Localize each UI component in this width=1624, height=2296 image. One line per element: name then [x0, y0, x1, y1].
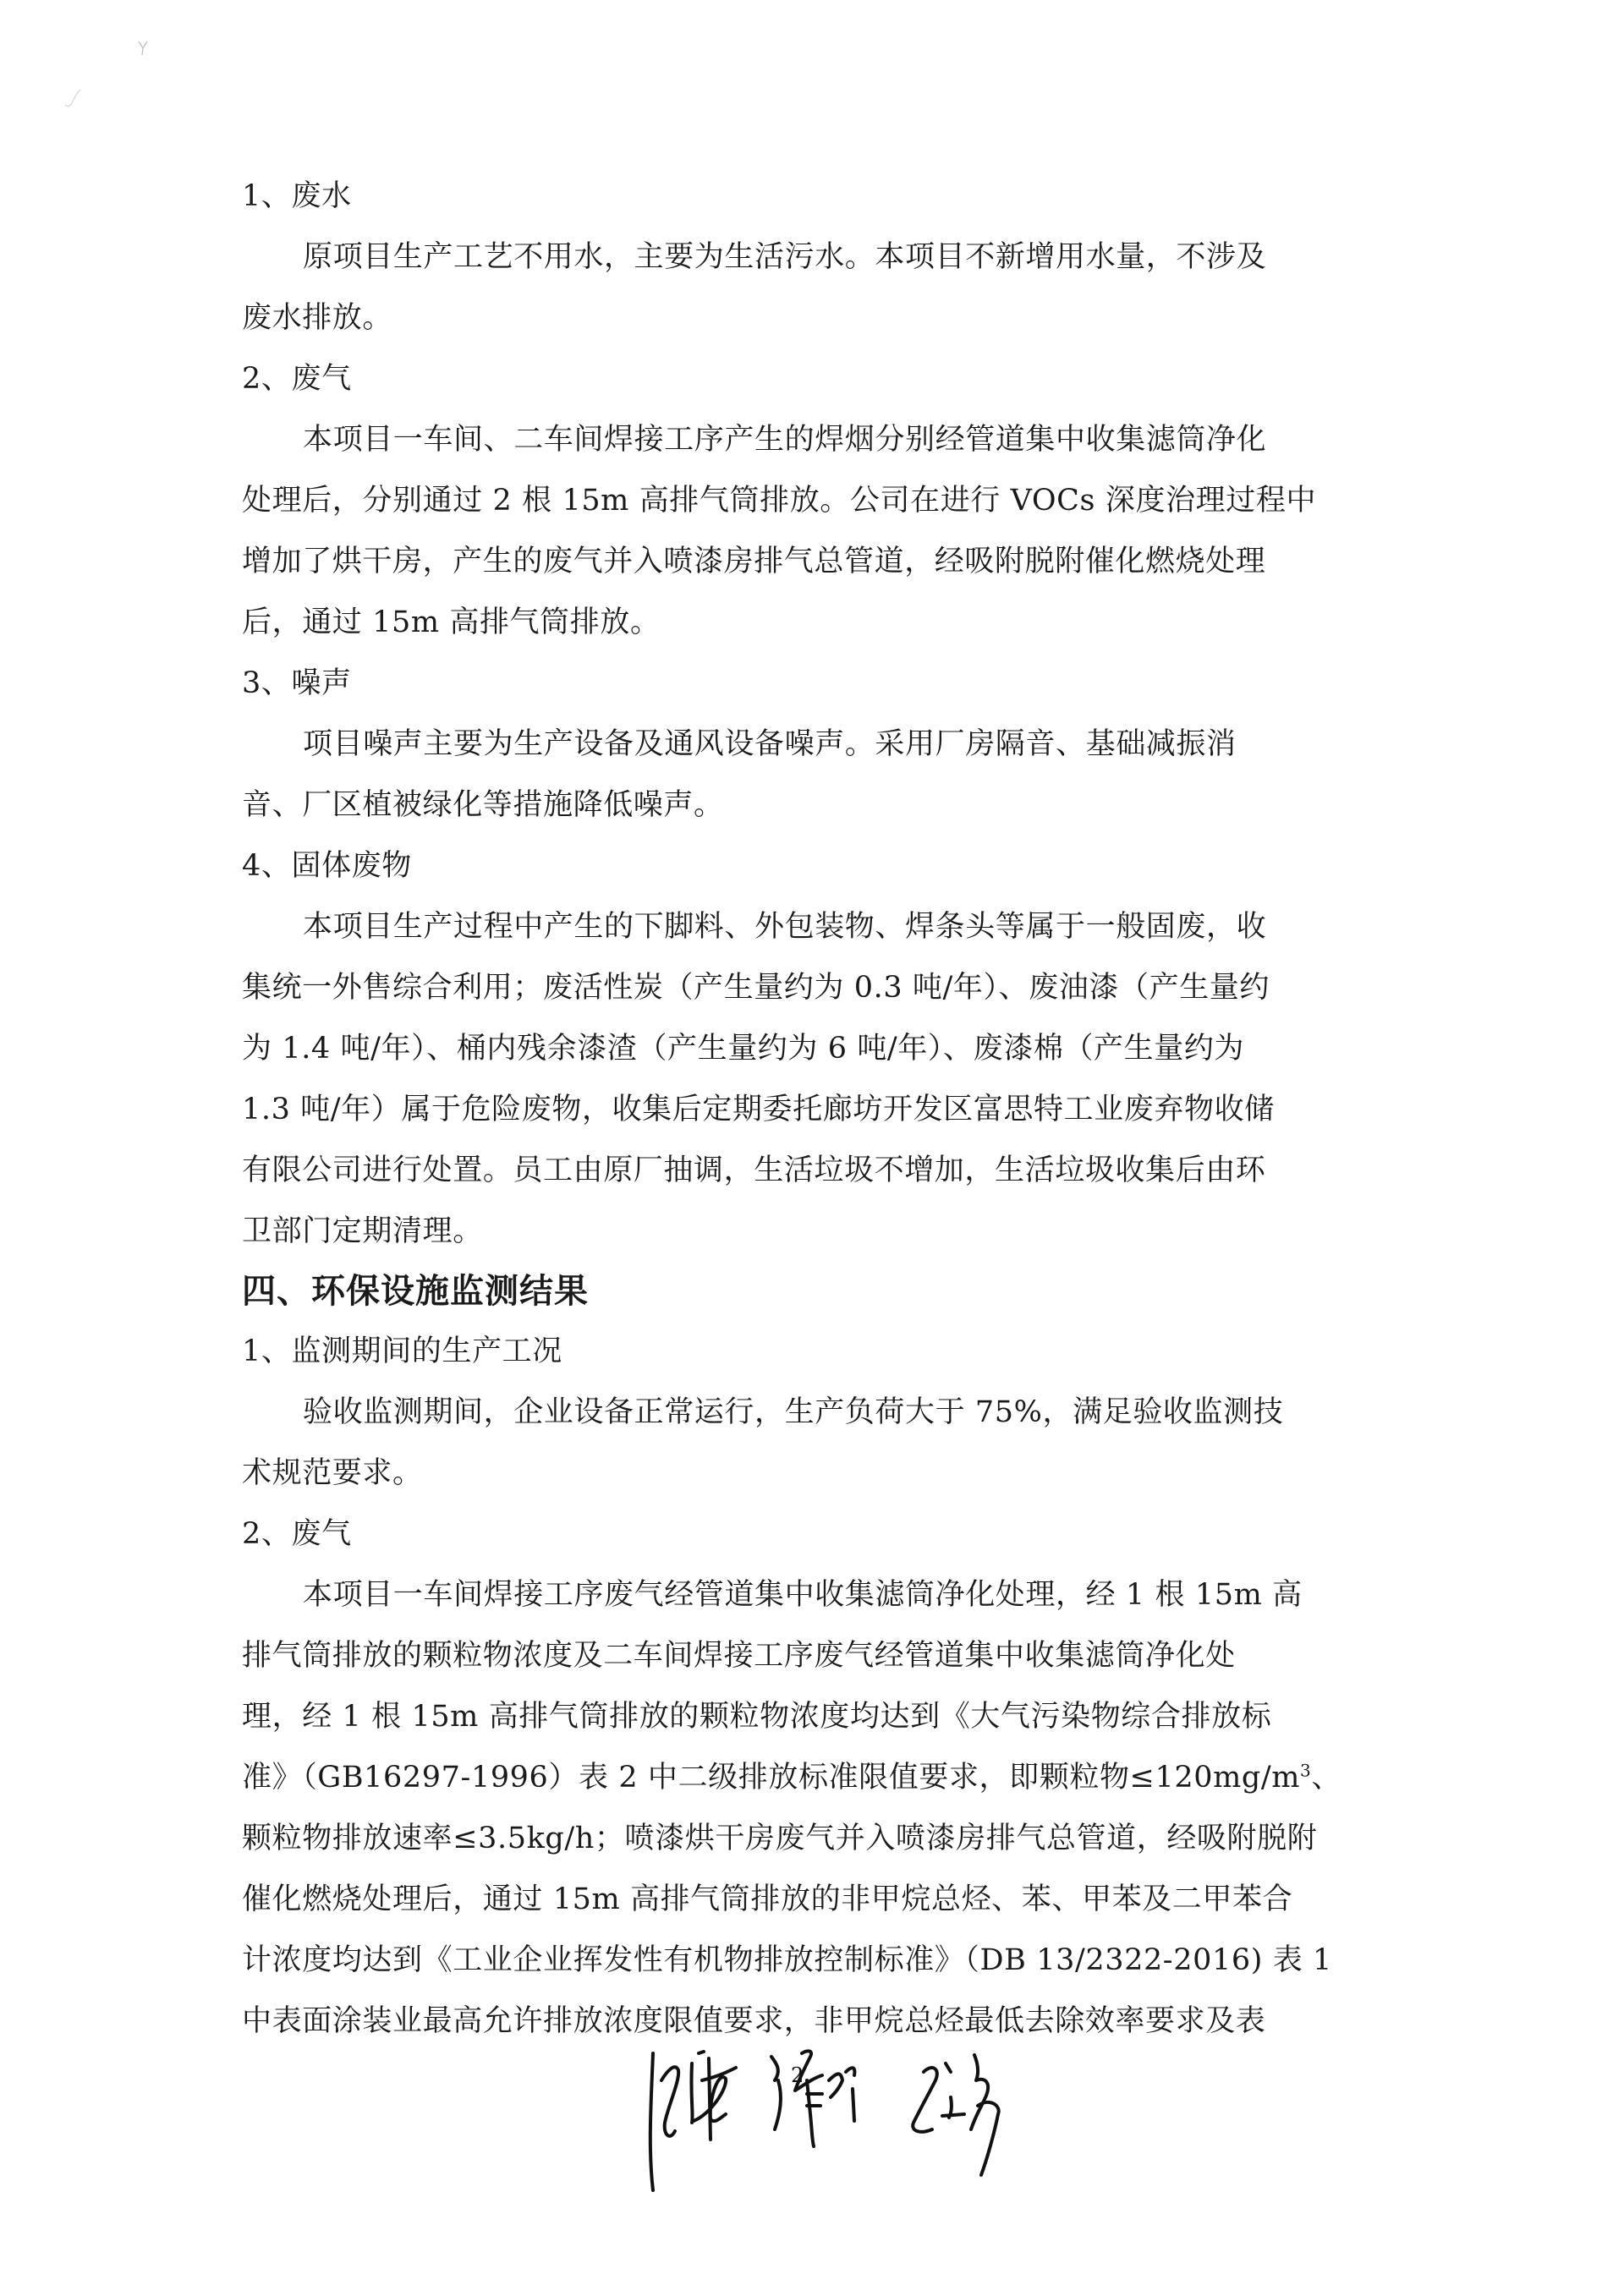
paragraph-line: 有限公司进行处置。员工由原厂抽调，生活垃圾不增加，生活垃圾收集后由环 — [242, 1140, 1392, 1201]
paragraph-line: 后，通过 15m 高排气筒排放。 — [242, 592, 1392, 653]
sub-heading-noise: 3、噪声 — [242, 653, 1392, 714]
paragraph-line: 增加了烘干房，产生的废气并入喷漆房排气总管道，经吸附脱附催化燃烧处理 — [242, 531, 1392, 592]
scan-artifact-icon — [63, 85, 85, 110]
paragraph-line: 本项目一车间、二车间焊接工序产生的焊烟分别经管道集中收集滤筒净化 — [242, 409, 1392, 470]
scan-artifact-icon — [135, 38, 152, 63]
paragraph-line: 中表面涂装业最高允许排放浓度限值要求，非甲烷总烃最低去除效率要求及表 — [242, 1991, 1392, 2052]
signature-2-icon — [771, 2051, 854, 2146]
paragraph-line: 本项目生产过程中产生的下脚料、外包装物、焊条头等属于一般固废，收 — [242, 896, 1392, 957]
document-page: 1、废水 原项目生产工艺不用水，主要为生活污水。本项目不新增用水量，不涉及 废水… — [0, 0, 1624, 2296]
paragraph-line: 1.3 吨/年）属于危险废物，收集后定期委托廊坊开发区富思特工业废弃物收储 — [242, 1079, 1392, 1140]
sub-heading-production-conditions: 1、监测期间的生产工况 — [242, 1321, 1392, 1382]
document-body: 1、废水 原项目生产工艺不用水，主要为生活污水。本项目不新增用水量，不涉及 废水… — [242, 166, 1392, 2052]
paragraph-line: 颗粒物排放速率≤3.5kg/h；喷漆烘干房废气并入喷漆房排气总管道，经吸附脱附 — [242, 1808, 1392, 1869]
paragraph-line: 卫部门定期清理。 — [242, 1201, 1392, 1262]
paragraph-line: 计浓度均达到《工业企业挥发性有机物排放控制标准》（DB 13/2322-2016… — [242, 1930, 1392, 1991]
paragraph-line: 催化燃烧处理后，通过 15m 高排气筒排放的非甲烷总烃、苯、甲苯及二甲苯合 — [242, 1869, 1392, 1930]
sub-heading-wastewater: 1、废水 — [242, 166, 1392, 227]
line-text: 准》（GB16297-1996）表 2 中二级排放标准限值要求，即颗粒物≤120… — [242, 1761, 1300, 1795]
page-number: 2 — [791, 2063, 804, 2087]
paragraph-line: 术规范要求。 — [242, 1443, 1392, 1504]
paragraph-line: 音、厂区植被绿化等措施降低噪声。 — [242, 775, 1392, 836]
paragraph-line: 集统一外售综合利用；废活性炭（产生量约为 0.3 吨/年）、废油漆（产生量约 — [242, 957, 1392, 1018]
signature-3-icon — [913, 2055, 998, 2175]
section-heading-monitoring-results: 四、环保设施监测结果 — [242, 1262, 1392, 1321]
paragraph-line-with-superscript: 准》（GB16297-1996）表 2 中二级排放标准限值要求，即颗粒物≤120… — [242, 1747, 1392, 1808]
paragraph-line: 为 1.4 吨/年）、桶内残余漆渣（产生量约为 6 吨/年）、废漆棉（产生量约为 — [242, 1018, 1392, 1079]
paragraph-line: 验收监测期间，企业设备正常运行，生产负荷大于 75%，满足验收监测技 — [242, 1382, 1392, 1443]
superscript: 3 — [1300, 1760, 1311, 1780]
sub-heading-solid-waste: 4、固体废物 — [242, 836, 1392, 896]
paragraph-line: 本项目一车间焊接工序废气经管道集中收集滤筒净化处理，经 1 根 15m 高 — [242, 1564, 1392, 1625]
sub-heading-exhaust-gas-results: 2、废气 — [242, 1504, 1392, 1564]
paragraph-line: 项目噪声主要为生产设备及通风设备噪声。采用厂房隔音、基础减振消 — [242, 714, 1392, 775]
signature-1-icon — [650, 2052, 736, 2190]
paragraph-line: 原项目生产工艺不用水，主要为生活污水。本项目不新增用水量，不涉及 — [242, 227, 1392, 288]
sub-heading-exhaust-gas: 2、废气 — [242, 348, 1392, 409]
paragraph-line: 理，经 1 根 15m 高排气筒排放的颗粒物浓度均达到《大气污染物综合排放标 — [242, 1686, 1392, 1747]
paragraph-line: 处理后，分别通过 2 根 15m 高排气筒排放。公司在进行 VOCs 深度治理过… — [242, 470, 1392, 531]
signatures — [626, 2047, 1370, 2207]
paragraph-line: 废水排放。 — [242, 288, 1392, 348]
paragraph-line: 排气筒排放的颗粒物浓度及二车间焊接工序废气经管道集中收集滤筒净化处 — [242, 1625, 1392, 1686]
line-text-after: 、 — [1311, 1761, 1341, 1795]
